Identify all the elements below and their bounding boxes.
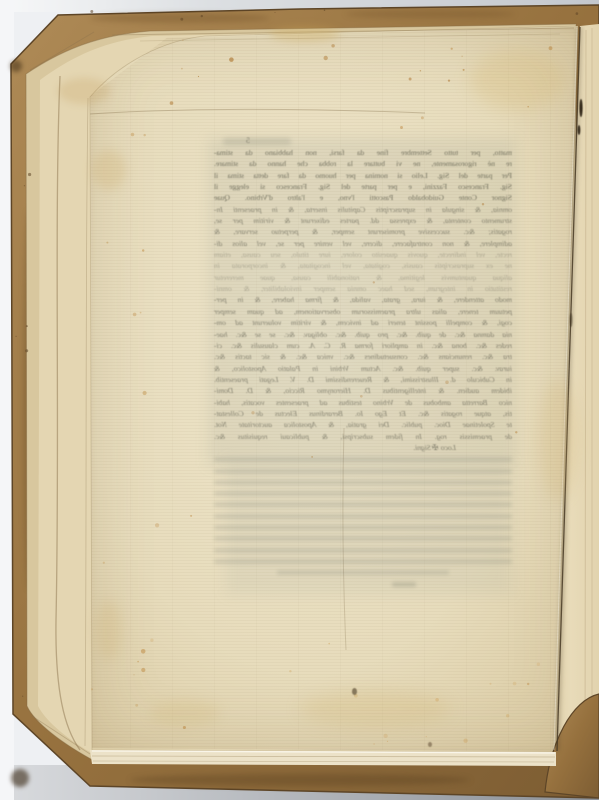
foxing-spot	[141, 668, 145, 672]
showthrough-text-line: recte, vel indirecte, quovis quaesito co…	[214, 249, 512, 260]
foxing-spot	[448, 79, 450, 81]
showthrough-illegible-line	[277, 570, 450, 575]
foxing-spot	[463, 739, 467, 743]
foxing-spot	[181, 68, 183, 70]
cover-mottle	[130, 774, 470, 786]
foxing-spot	[229, 57, 234, 62]
cover-speck	[201, 15, 203, 17]
cover-speck	[26, 325, 28, 327]
foxing-spot	[420, 70, 421, 71]
showthrough-illegible-line	[214, 525, 512, 530]
foxing-spot	[513, 682, 517, 686]
showthrough-text-line: iurav. &c. super quib. &c. Actum Vrbini …	[214, 363, 512, 374]
showthrough-text-line: aliqua quantumvis legitima, & rationabil…	[214, 272, 512, 283]
foxing-spot	[515, 431, 517, 433]
foxing-spot	[463, 69, 465, 71]
showthrough-text-line: Per parte del Sig. Lelio si nomina per h…	[214, 170, 512, 181]
foxing-spot	[426, 736, 427, 737]
foxing-spot	[91, 688, 93, 690]
cover-speck	[28, 173, 31, 176]
foxing-spot	[137, 661, 139, 663]
showthrough-illegible-line	[214, 559, 512, 564]
showthrough-illegible-line	[214, 491, 512, 496]
cover-speck	[576, 12, 579, 15]
showthrough-lines: matto, per tutto Settembre fine da farsi…	[214, 147, 512, 453]
foxing-spot	[506, 714, 509, 717]
cover-speck	[324, 10, 326, 12]
showthrough-text-line: Signor Conte Guidobaldo Pascotti l'vno, …	[214, 192, 512, 203]
foxing-spot	[387, 741, 388, 742]
showthrough-text-line: strumento contenta, & expressa dd. parte…	[214, 215, 512, 226]
showthrough-text-line: restitutio in integrum, sed haec omnia s…	[214, 283, 512, 294]
showthrough-illegible-line	[214, 457, 512, 462]
foxing-spot	[183, 726, 186, 729]
cover-mottle	[345, 10, 515, 18]
foxing-spot	[451, 48, 453, 50]
foxing-spot	[324, 56, 328, 60]
foxing-spot	[490, 683, 492, 685]
showthrough-illegible-line	[214, 480, 512, 485]
showthrough-catchword-trace	[392, 582, 416, 587]
foxing-spot	[383, 734, 387, 738]
foxing-spot	[461, 56, 462, 57]
cover-speck	[25, 349, 28, 352]
foxing-spot	[141, 649, 146, 654]
showthrough-illegible-line	[214, 514, 512, 519]
showthrough-page-number: 5	[246, 136, 250, 145]
foxing-spot	[328, 643, 330, 645]
cover-speck	[22, 696, 23, 697]
foxing-spot	[331, 44, 334, 47]
foxing-spot	[140, 312, 142, 314]
showthrough-text-line: petuum tenere, alias ultra praemissorum …	[214, 306, 512, 317]
foxing-spot	[182, 40, 183, 41]
foxing-spot	[135, 704, 138, 707]
foxing-spot	[150, 639, 153, 642]
foxing-spot	[537, 663, 540, 666]
cover-corner-stain	[11, 769, 29, 787]
showthrough-illegible-line	[214, 536, 512, 541]
showthrough-running-title-smudge	[223, 138, 291, 145]
showthrough-text-block: 5 matto, per tutto Settembre fine da far…	[214, 136, 512, 593]
foxing-spot	[190, 515, 192, 517]
foxing-spot	[421, 116, 424, 119]
cover-mottle	[90, 13, 270, 23]
showthrough-illegible-line	[214, 548, 512, 553]
foxing-spot	[131, 133, 135, 137]
showthrough-text-line: Loco ✠ Signi.	[214, 442, 512, 453]
foxing-spot	[409, 78, 412, 81]
showthrough-text-line: in Cubiculo d. Illustrissimi, & Reuerend…	[214, 374, 512, 385]
showthrough-text-line: rogatis; &c. successive promiserunt semp…	[214, 226, 512, 237]
foxing-spot	[354, 694, 358, 698]
showthrough-text-line: de praemissis rog. In fidem subscripsi, …	[214, 431, 512, 442]
foxing-spot	[155, 523, 159, 527]
gutter-notch	[579, 99, 582, 117]
showthrough-text-line: te Spoletinae Dioc. public. Dei gratia, …	[214, 419, 512, 430]
foxing-spot	[170, 101, 174, 105]
cover-speck	[24, 185, 25, 186]
cover-speck	[15, 336, 16, 337]
showthrough-text-line: nico Barretta ambobus de Vrbino testibus…	[214, 397, 512, 408]
foxing-spot	[435, 698, 439, 702]
showthrough-text-line: tis, atque rogatis &c. Et Ego Io. Berard…	[214, 408, 512, 419]
showthrough-text-line: tra &c. renuncians &c. consuetudines &c.…	[214, 351, 512, 362]
showthrough-illegible-line	[214, 469, 512, 474]
showthrough-text-line: matto, per tutto Settembre fine da farsi…	[214, 147, 512, 158]
foxing-spot	[527, 106, 529, 108]
showthrough-text-line: redes &c. bona &c. in ampliori forma R. …	[214, 340, 512, 351]
foxing-spot	[133, 313, 137, 317]
cover-speck	[90, 10, 93, 13]
gutter-notch	[570, 313, 573, 327]
foxing-spot	[106, 242, 108, 244]
foxing-spot	[373, 743, 375, 745]
foxing-spot	[289, 670, 291, 672]
showthrough-text-line: adimplere, & non contrafacere, dicere, v…	[214, 238, 512, 249]
showthrough-illegible-line	[214, 502, 512, 507]
foxing-spot	[198, 76, 199, 77]
foxing-spot	[133, 674, 134, 675]
foxing-spot	[527, 683, 529, 685]
scanned-book-spread: 5 matto, per tutto Settembre fine da far…	[0, 0, 599, 800]
foxing-spot	[142, 249, 144, 251]
showthrough-header: 5	[214, 136, 512, 147]
foxing-spot	[400, 126, 403, 129]
foxing-spot	[549, 46, 553, 50]
showthrough-text-line: ibidem audien. & intelligentibus D. Hier…	[214, 385, 512, 396]
foxing-spot	[143, 391, 147, 395]
showthrough-text-line: cogi, & compelli possint teneri ad invic…	[214, 317, 512, 328]
showthrough-text-line: modo attendere, & iura, grata, valida, &…	[214, 294, 512, 305]
cover-corner-stain	[10, 60, 22, 72]
showthrough-text-line: ne ex suprascriptis causis, cogitata, ve…	[214, 260, 512, 271]
showthrough-text-line: nia damna &c. de quib. &c. pro quib. &c.…	[214, 329, 512, 340]
cover-speck	[275, 12, 276, 13]
showthrough-text-line: omnia, & singula in suprascriptis Capitu…	[214, 204, 512, 215]
cover-speck	[180, 18, 183, 21]
gutter-notch	[578, 125, 581, 135]
foxing-spot	[143, 134, 145, 136]
foxing-spot	[103, 562, 105, 564]
showthrough-text-line: Sig. Francesco Fazzini, e per parte del …	[214, 181, 512, 192]
showthrough-illegible-block	[214, 457, 512, 586]
showthrough-text-line: re nè rigorosamente, ne vi buttare la ro…	[214, 158, 512, 169]
